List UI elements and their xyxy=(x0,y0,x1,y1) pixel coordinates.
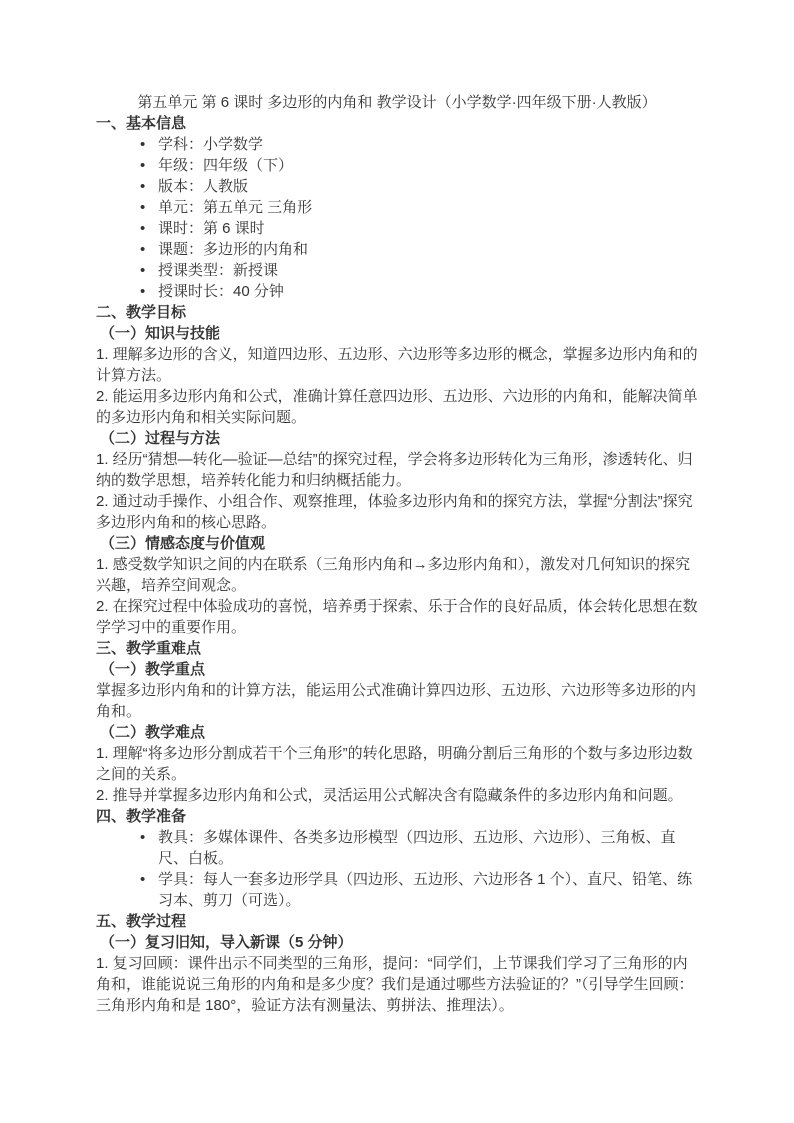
paragraph: 1. 经历“猜想—转化—验证—总结”的探究过程，学会将多边形转化为三角形，渗透转… xyxy=(96,449,698,491)
section-heading-preparation: 四、教学准备 xyxy=(96,806,698,827)
list-item: •单元：第五单元 三角形 xyxy=(96,197,698,218)
list-item-text: 课时：第 6 课时 xyxy=(158,220,265,237)
list-item-text: 年级：四年级（下） xyxy=(158,157,293,174)
preparation-list: •教具：多媒体课件、各类多边形模型（四边形、五边形、六边形）、三角板、直尺、白板… xyxy=(96,827,698,911)
bullet-icon: • xyxy=(140,260,145,281)
page-title: 第五单元 第 6 课时 多边形的内角和 教学设计（小学数学·四年级下册·人教版） xyxy=(96,92,698,113)
paragraph: 2. 能运用多边形内角和公式，准确计算任意四边形、五边形、六边形的内角和，能解决… xyxy=(96,386,698,428)
list-item-text: 课题：多边形的内角和 xyxy=(158,241,308,258)
document-page: 第五单元 第 6 课时 多边形的内角和 教学设计（小学数学·四年级下册·人教版）… xyxy=(0,0,794,1123)
list-item: •版本：人教版 xyxy=(96,176,698,197)
bullet-icon: • xyxy=(140,155,145,176)
subheading-emotion: （三）情感态度与价值观 xyxy=(96,533,698,554)
paragraph: 掌握多边形内角和的计算方法，能运用公式准确计算四边形、五边形、六边形等多边形的内… xyxy=(96,680,698,722)
section-heading-objectives: 二、教学目标 xyxy=(96,302,698,323)
list-item: •学科：小学数学 xyxy=(96,134,698,155)
list-item-text: 学科：小学数学 xyxy=(158,136,263,153)
paragraph: 1. 理解“将多边形分割成若干个三角形”的转化思路，明确分割后三角形的个数与多边… xyxy=(96,743,698,785)
list-item-text: 教具：多媒体课件、各类多边形模型（四边形、五边形、六边形）、三角板、直尺、白板。 xyxy=(158,829,676,867)
subheading-knowledge: （一）知识与技能 xyxy=(96,323,698,344)
list-item-text: 单元：第五单元 三角形 xyxy=(158,199,312,216)
list-item: •学具：每人一套多边形学具（四边形、五边形、六边形各 1 个）、直尺、铅笔、练习… xyxy=(96,869,698,911)
section-heading-basic-info: 一、基本信息 xyxy=(96,113,698,134)
list-item: •授课时长：40 分钟 xyxy=(96,281,698,302)
paragraph: 2. 在探究过程中体验成功的喜悦，培养勇于探索、乐于合作的良好品质，体会转化思想… xyxy=(96,596,698,638)
paragraph: 2. 推导并掌握多边形内角和公式，灵活运用公式解决含有隐藏条件的多边形内角和问题… xyxy=(96,785,698,806)
subheading-step1: （一）复习旧知，导入新课（5 分钟） xyxy=(96,932,698,953)
bullet-icon: • xyxy=(140,176,145,197)
paragraph: 1. 感受数学知识之间的内在联系（三角形内角和→多边形内角和），激发对几何知识的… xyxy=(96,554,698,596)
basic-info-list: •学科：小学数学 •年级：四年级（下） •版本：人教版 •单元：第五单元 三角形… xyxy=(96,134,698,302)
bullet-icon: • xyxy=(140,869,145,890)
paragraph: 1. 理解多边形的含义，知道四边形、五边形、六边形等多边形的概念，掌握多边形内角… xyxy=(96,344,698,386)
subheading-focus: （一）教学重点 xyxy=(96,659,698,680)
paragraph: 2. 通过动手操作、小组合作、观察推理，体验多边形内角和的探究方法，掌握“分割法… xyxy=(96,491,698,533)
paragraph: 1. 复习回顾：课件出示不同类型的三角形，提问：“同学们，上节课我们学习了三角形… xyxy=(96,953,698,1016)
list-item: •授课类型：新授课 xyxy=(96,260,698,281)
list-item-text: 学具：每人一套多边形学具（四边形、五边形、六边形各 1 个）、直尺、铅笔、练习本… xyxy=(158,871,692,909)
bullet-icon: • xyxy=(140,218,145,239)
list-item-text: 授课时长：40 分钟 xyxy=(158,283,284,300)
bullet-icon: • xyxy=(140,239,145,260)
list-item: •课题：多边形的内角和 xyxy=(96,239,698,260)
bullet-icon: • xyxy=(140,827,145,848)
list-item: •教具：多媒体课件、各类多边形模型（四边形、五边形、六边形）、三角板、直尺、白板… xyxy=(96,827,698,869)
bullet-icon: • xyxy=(140,134,145,155)
document-content: 第五单元 第 6 课时 多边形的内角和 教学设计（小学数学·四年级下册·人教版）… xyxy=(96,92,698,1016)
list-item-text: 版本：人教版 xyxy=(158,178,248,195)
list-item-text: 授课类型：新授课 xyxy=(158,262,278,279)
list-item: •年级：四年级（下） xyxy=(96,155,698,176)
list-item: •课时：第 6 课时 xyxy=(96,218,698,239)
subheading-process: （二）过程与方法 xyxy=(96,428,698,449)
subheading-difficulty: （二）教学难点 xyxy=(96,722,698,743)
bullet-icon: • xyxy=(140,197,145,218)
section-heading-teaching-process: 五、教学过程 xyxy=(96,911,698,932)
bullet-icon: • xyxy=(140,281,145,302)
section-heading-key-points: 三、教学重难点 xyxy=(96,638,698,659)
